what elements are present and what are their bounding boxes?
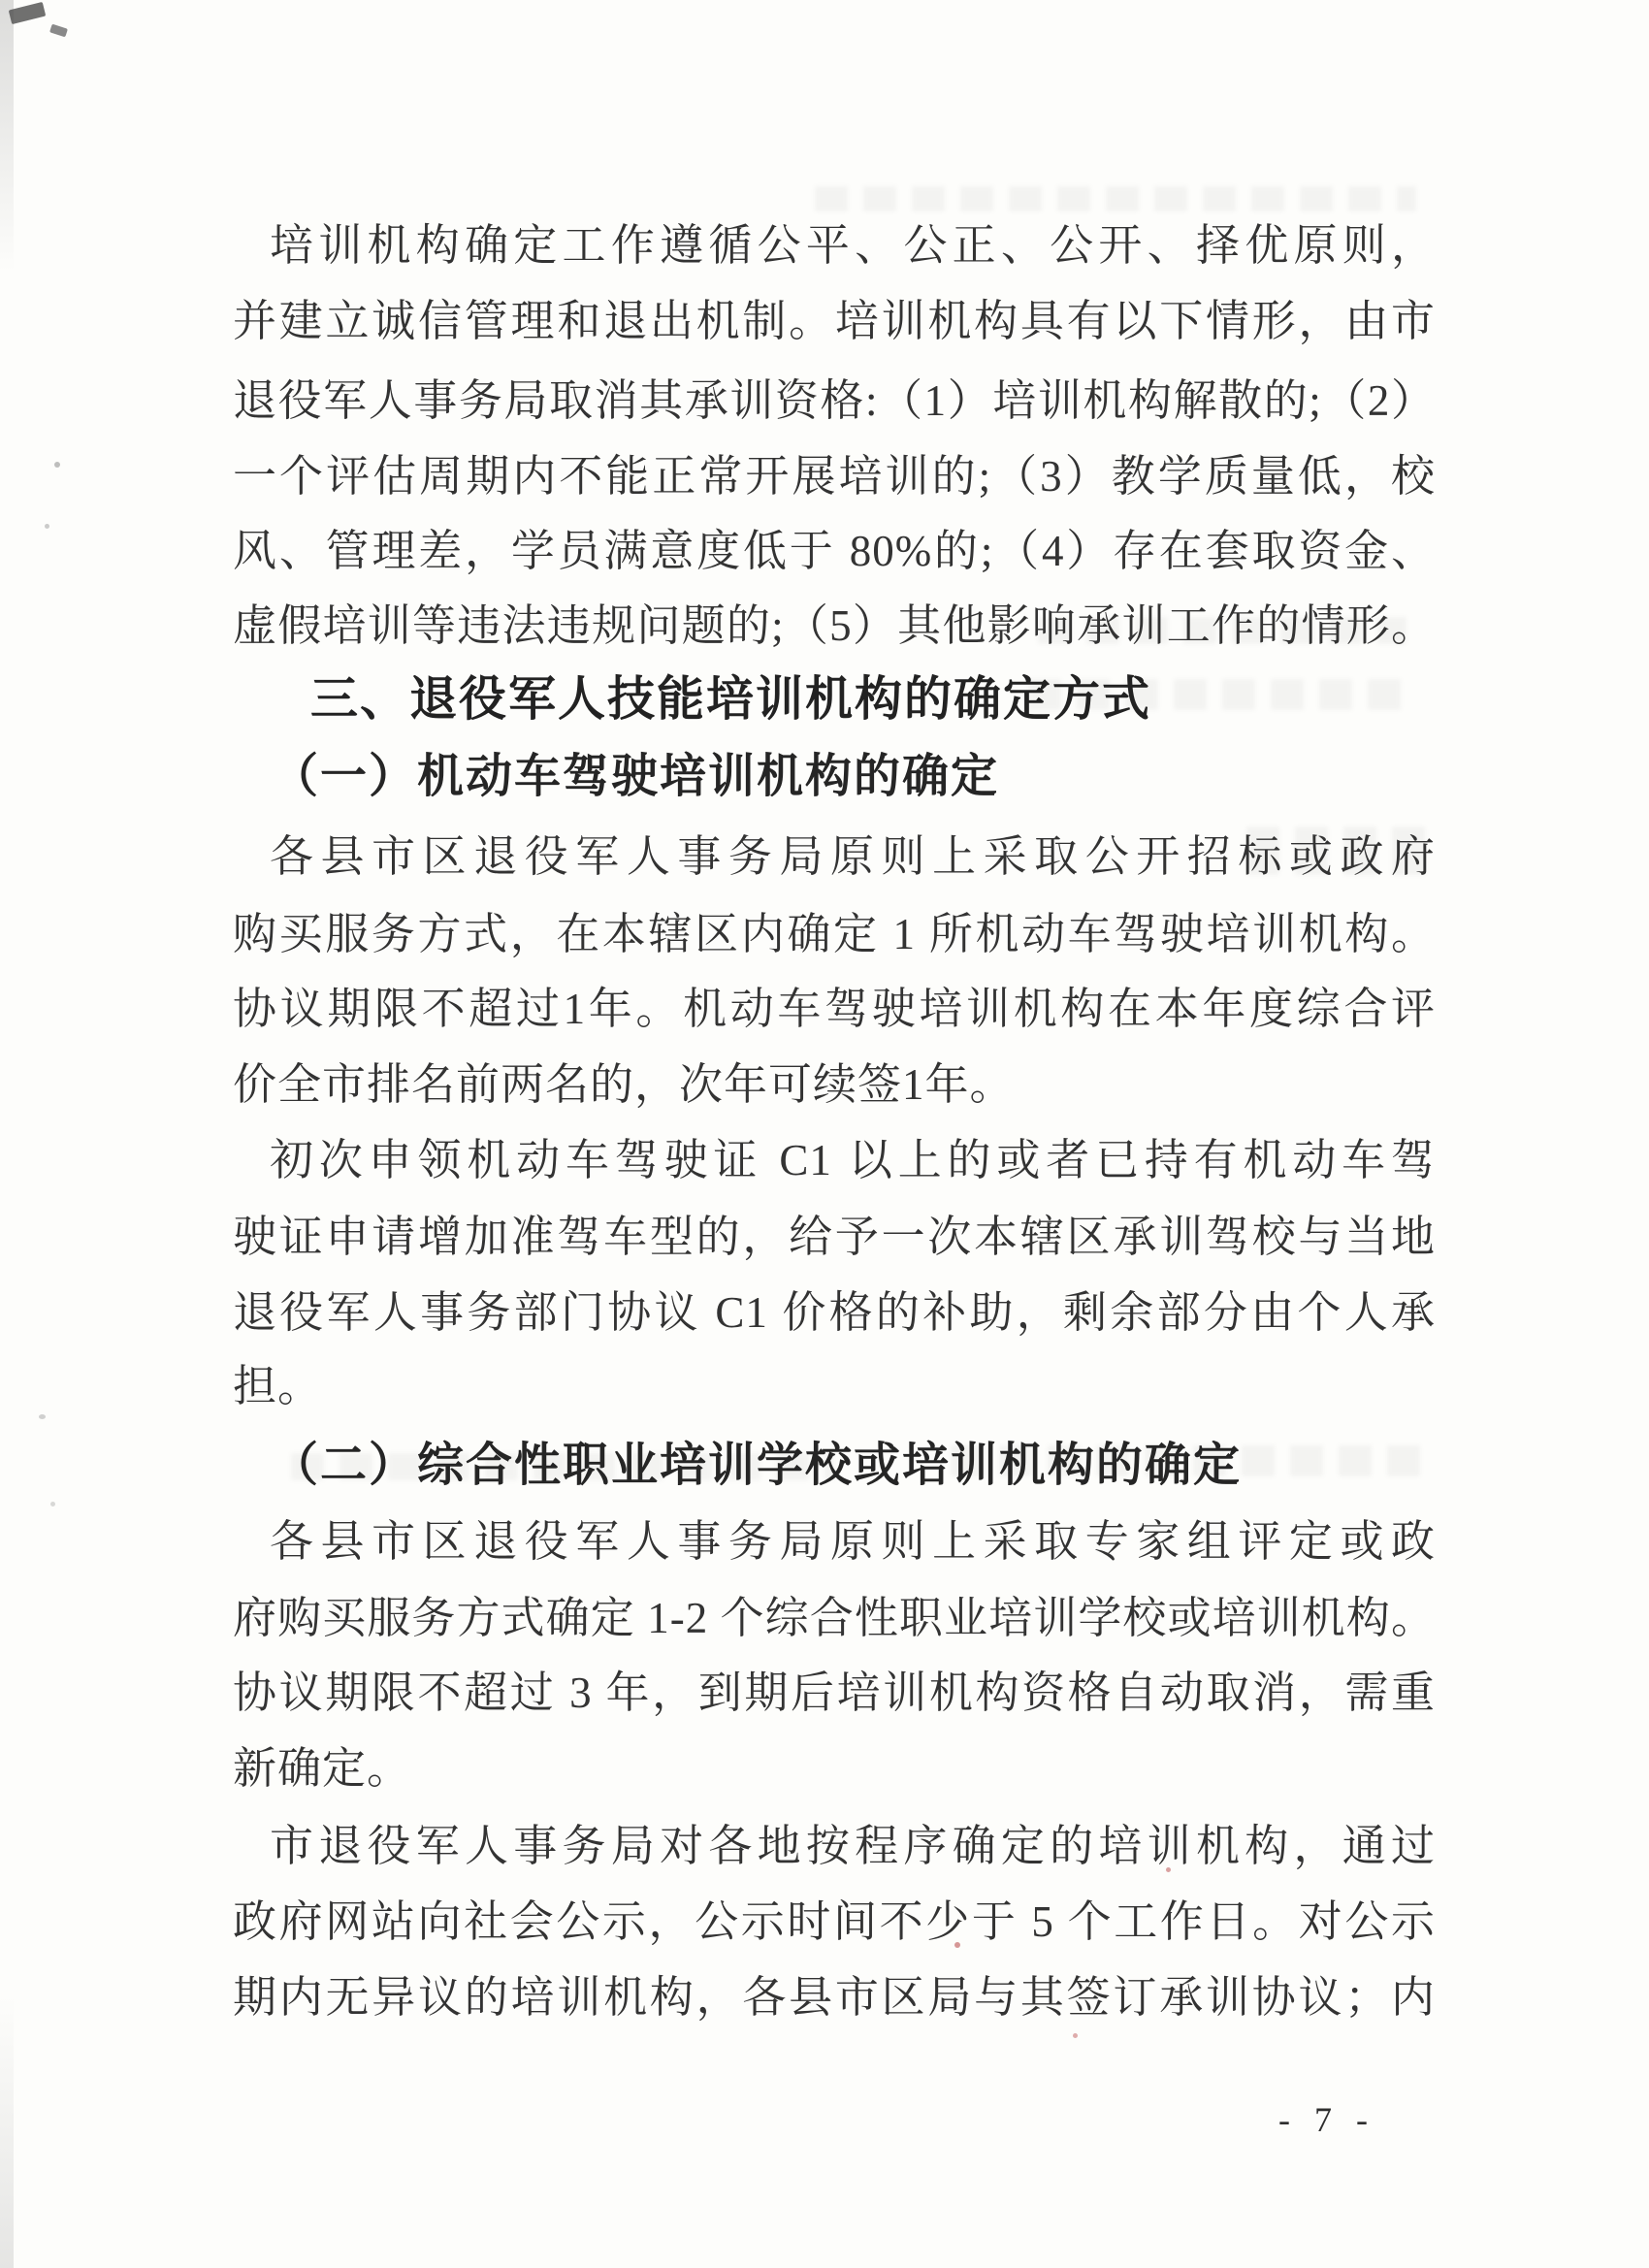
section-heading: 三、退役军人技能培训机构的确定方式 xyxy=(233,669,1436,729)
scanned-document-page: 培训机构确定工作遵循公平、公正、公开、择优原则， 并建立诚信管理和退出机制。培训… xyxy=(0,0,1649,2268)
text-line: 退役军人事务局取消其承训资格:（1）培训机构解散的;（2） xyxy=(233,371,1436,431)
ink-speck-red xyxy=(1073,2033,1078,2038)
text-line: 协议期限不超过1年。机动车驾驶培训机构在本年度综合评 xyxy=(233,979,1436,1039)
bleed-through-artifact xyxy=(815,186,1416,211)
scan-speck xyxy=(50,1502,55,1507)
text-line: 市退役军人事务局对各地按程序确定的培训机构，通过 xyxy=(233,1816,1436,1876)
scan-corner-mark xyxy=(49,24,68,38)
page-number: - 7 - xyxy=(1278,2099,1375,2140)
subsection-heading: （一）机动车驾驶培训机构的确定 xyxy=(233,747,1436,807)
text-line: 退役军人事务部门协议 C1 价格的补助，剩余部分由个人承 xyxy=(233,1282,1436,1343)
text-line: 虚假培训等违法违规问题的;（5）其他影响承训工作的情形。 xyxy=(233,596,1436,656)
text-line: 政府网站向社会公示，公示时间不少于 5 个工作日。对公示 xyxy=(233,1892,1436,1952)
text-line: 初次申领机动车驾驶证 C1 以上的或者已持有机动车驾 xyxy=(233,1130,1436,1190)
subsection-heading: （二）综合性职业培训学校或培训机构的确定 xyxy=(233,1436,1436,1496)
text-line: 各县市区退役军人事务局原则上采取公开招标或政府 xyxy=(233,826,1436,887)
text-line: 协议期限不超过 3 年，到期后培训机构资格自动取消，需重 xyxy=(233,1663,1436,1723)
scan-speck xyxy=(54,462,60,468)
text-line: 培训机构确定工作遵循公平、公正、公开、择优原则， xyxy=(233,215,1436,275)
text-line: 新确定。 xyxy=(233,1738,1436,1798)
text-line: 各县市区退役军人事务局原则上采取专家组评定或政 xyxy=(233,1511,1436,1571)
text-line: 担。 xyxy=(233,1356,1436,1416)
scan-speck xyxy=(39,1414,46,1419)
text-line: 价全市排名前两名的，次年可续签1年。 xyxy=(233,1054,1436,1115)
scan-speck xyxy=(45,524,49,529)
scan-corner-mark xyxy=(9,2,47,24)
text-line: 并建立诚信管理和退出机制。培训机构具有以下情形，由市 xyxy=(233,291,1436,351)
text-line: 购买服务方式，在本辖区内确定 1 所机动车驾驶培训机构。 xyxy=(233,904,1436,964)
text-line: 期内无异议的培训机构，各县市区局与其签订承训协议；内 xyxy=(233,1967,1436,2027)
text-line: 风、管理差，学员满意度低于 80%的;（4）存在套取资金、 xyxy=(233,521,1436,581)
scan-edge-shadow xyxy=(0,0,14,2268)
text-line: 府购买服务方式确定 1-2 个综合性职业培训学校或培训机构。 xyxy=(233,1588,1436,1648)
text-line: 驶证申请增加准驾车型的，给予一次本辖区承训驾校与当地 xyxy=(233,1207,1436,1267)
text-line: 一个评估周期内不能正常开展培训的;（3）教学质量低，校 xyxy=(233,446,1436,506)
